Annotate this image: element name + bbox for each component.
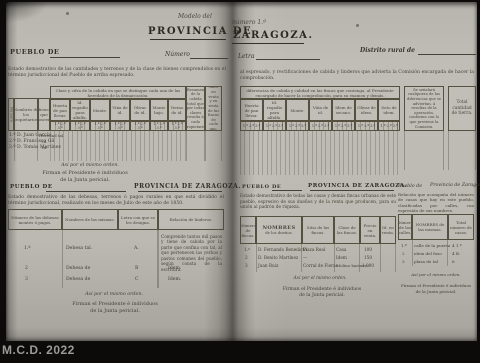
signature-line-1: Firman el Presidente é individuos xyxy=(397,283,475,289)
left-resumen-header: Resumen de la cabida total que por todas… xyxy=(186,86,205,131)
venta-value: 150 xyxy=(364,255,372,260)
dehesa-desc: Idem. xyxy=(168,277,181,282)
urban-col-renta: Id. en renta. xyxy=(380,216,396,244)
signature-line-1: Firman el Presidente é individuos xyxy=(20,170,150,177)
distrito-label: Distrito rural de xyxy=(360,47,415,54)
right-group-header: Huerta de pan llevar. xyxy=(240,99,263,121)
signature-line-2: de la Junta pericial. xyxy=(55,308,175,315)
left-group-header: Monte bajo. xyxy=(150,99,168,121)
table-row: 2.º D. Francisco Gil xyxy=(9,139,54,144)
dehesa-name: Dehesa tal. xyxy=(66,246,92,251)
model-number: número 1.º xyxy=(232,19,266,26)
lower-left-col-header: Relación de linderos. xyxy=(158,209,224,230)
site-value: — xyxy=(303,255,307,260)
street-total: 4 1.º xyxy=(452,243,462,248)
left-subcell-row: 1.ª 2.ª 3.ª xyxy=(70,121,90,131)
right-subcell-row: 1.ª 2.ª 3.ª xyxy=(240,121,263,131)
owners-header-small: de los dueños. xyxy=(265,231,293,236)
letra-blank-line xyxy=(256,59,320,60)
right-subcell-row: 1.ª 2.ª 3.ª xyxy=(309,121,332,131)
left-intro-paragraph: Estado demostrativo de las cantidades y … xyxy=(8,67,226,79)
street-name: calle de la puerta xyxy=(414,243,450,248)
left-table-owners-header: Nombres de los propietarios. xyxy=(14,98,38,131)
owner-name: D. Francisco Gil xyxy=(17,139,54,144)
street-total: 6 xyxy=(452,259,455,264)
dehesa-name: Dehesa de xyxy=(66,266,90,271)
province-title-right: ZARAGOZA. xyxy=(233,30,313,41)
lower-left-pueblo-line xyxy=(46,191,126,192)
pueblo-blank-line xyxy=(50,57,120,58)
right-subcell-row: 1.ª 2.ª 3.ª xyxy=(378,121,400,131)
signature-note: Firman el Presidente é individuos de la … xyxy=(20,170,150,184)
left-group-header: Viña de id. xyxy=(110,99,130,121)
right-notes-header: Se señalará cualquiera de las diferencia… xyxy=(404,86,444,131)
left-table-body-grid xyxy=(50,131,186,161)
urban-col-venta: Precio en venta. xyxy=(360,216,380,244)
left-subcell-row: 1.ª 2.ª 3.ª xyxy=(150,121,168,131)
right-group-header: Idem de secano. xyxy=(332,99,355,121)
site-value: Plaza Real xyxy=(303,247,325,252)
owner-name: Juan Ruiz xyxy=(258,263,278,268)
row-num: 3 xyxy=(245,263,248,268)
distrito-blank-line xyxy=(418,54,476,55)
right-subcell-row: 1.ª 2.ª 3.ª xyxy=(332,121,355,131)
lower-right-intro: Estado demostrativo de todas las casas y… xyxy=(240,194,396,211)
urban-col-site: Sitio de las fincas. xyxy=(302,216,334,244)
right-subcell-row: 1.ª 2.ª 3.ª xyxy=(355,121,378,131)
lower-right-pueblo-line xyxy=(272,190,302,191)
clase-value: Casa xyxy=(336,247,346,252)
bienes-value: Id. xyxy=(42,145,47,150)
left-table-span-header: Clase y cifra de la cabida en que se dis… xyxy=(50,86,186,99)
model-label: Modelo del xyxy=(178,13,212,20)
left-group-header: Olivar de id. xyxy=(130,99,150,121)
left-group-header: Huerta de pan llevar. xyxy=(50,99,70,121)
row-num: 1.º xyxy=(24,246,31,251)
row-num: 3 xyxy=(402,259,405,264)
row-num: 1.º xyxy=(244,247,250,252)
title-underline-left xyxy=(150,39,226,40)
signature-line-2: de la Junta pericial. xyxy=(262,293,382,299)
left-group-header: Id. regadío para alfalfa. xyxy=(70,99,90,121)
signature-line-2: de la Junta pericial. xyxy=(20,177,150,184)
ink-speck xyxy=(356,24,359,27)
lower-left-pueblo-label: PUEBLO DE xyxy=(10,184,53,190)
order-note: Así por el mismo orden. xyxy=(58,292,170,297)
signature-note: Firman el Presidente é individuos de la … xyxy=(397,283,475,294)
dehesa-letra: A. xyxy=(134,246,139,251)
row-num: 1.º xyxy=(9,133,16,138)
street-col-names: NOMBRES de las mismas. xyxy=(412,214,448,240)
right-group-header: Id. regadío para alfalfa. xyxy=(263,99,286,121)
letra-label: Letra xyxy=(238,53,254,60)
row-num: 2.º xyxy=(9,139,16,144)
right-group-header: Olivar de idem. xyxy=(355,99,378,121)
right-intro-paragraph: al espresado, y rectificaciones de cabid… xyxy=(240,70,474,82)
urban-col-clase: Clase de las fincas. xyxy=(334,216,360,244)
row-num: 3.º xyxy=(9,145,16,150)
bienes-value: Heredad tal. xyxy=(39,133,64,138)
urban-col-rules-c xyxy=(380,244,396,272)
left-table-bienes-header: Bienes que poseen. xyxy=(38,98,50,131)
dehesa-desc: Idem. xyxy=(168,266,181,271)
ink-speck xyxy=(66,12,69,15)
left-group-header: Monte. xyxy=(90,99,110,121)
lower-left-col-header: Letra con que se les designa. xyxy=(118,209,158,230)
street-total: 4 B. xyxy=(452,251,460,256)
left-valor-header: Valor en venta y en renta de las fincas … xyxy=(205,86,222,131)
right-total-header: Total cantidad de tierra. xyxy=(448,86,476,131)
right-group-header: Soto de idem. xyxy=(378,99,400,121)
right-subcell-row: 1.ª 2.ª 3.ª xyxy=(263,121,286,131)
right-group-header: Monte. xyxy=(286,99,309,121)
street-form-province-label: Provincia de Zaragoza. xyxy=(430,183,480,188)
street-col-num: Número de las calles. xyxy=(398,214,412,240)
rotated-number-label: Número xyxy=(9,107,13,122)
left-valor-body xyxy=(205,131,222,161)
row-num: 2 xyxy=(25,266,28,271)
order-note: Así por el mismo orden. xyxy=(400,272,472,277)
owner-name: D. Benito Martínez xyxy=(258,255,298,260)
order-note: Así por el mismo orden. xyxy=(30,163,150,168)
lower-right-province-line xyxy=(310,190,394,191)
street-name: idem del foso xyxy=(414,251,442,256)
scanned-book-photo: Modelo del número 1.º PROVINCIA DE ZARAG… xyxy=(0,0,480,363)
left-subcell-row: 1.ª 2.ª 3.ª xyxy=(110,121,130,131)
street-col-total: Total número de casas. xyxy=(448,214,474,240)
left-subcell-row: 1.ª 2.ª 3.ª xyxy=(50,121,70,131)
signature-line-1: Firman el Presidente é individuos xyxy=(55,301,175,308)
order-note: Así por el mismo orden. xyxy=(268,276,372,281)
left-resumen-body xyxy=(186,131,205,161)
table-row: 3.º D. Tomás Martínez xyxy=(9,145,61,150)
left-group-header: Yermo de id. xyxy=(168,99,186,121)
left-subcell-row: 1.ª 2.ª 3.ª xyxy=(130,121,150,131)
owner-name: D. Tomás Martínez xyxy=(17,145,61,150)
row-num: 1.º xyxy=(401,243,407,248)
signature-note: Firman el Presidente é individuos de la … xyxy=(262,287,382,299)
right-table-body-grid xyxy=(240,131,400,175)
row-num: 3 xyxy=(25,277,28,282)
owner-name: D. Fernando Benedicto xyxy=(258,247,307,252)
venta-value: 1,000 xyxy=(362,263,374,268)
street-form-pueblo-label: Pueblo de xyxy=(398,184,422,189)
lower-left-intro: Estado demostrativo de las dehesas, terr… xyxy=(8,195,224,207)
clase-value: Idem xyxy=(336,255,347,260)
site-value: Corral de Fieras xyxy=(303,263,338,268)
venta-value: 100 xyxy=(364,247,372,252)
left-subcell-row: 1.ª 2.ª 3.ª xyxy=(168,121,186,131)
urban-col-owners: NOMBRES de los dueños. xyxy=(256,216,302,244)
watermark-text: M.C.D. 2022 xyxy=(2,343,75,357)
lower-left-col-header: Nombres de las mismas. xyxy=(62,209,118,230)
signature-note: Firman el Presidente é individuos de la … xyxy=(55,301,175,315)
dehesa-name: Dehesa de xyxy=(66,277,90,282)
dehesa-letra: C xyxy=(135,277,139,282)
right-group-header: Viña de id. xyxy=(309,99,332,121)
lower-left-col-header: Número de las dehesas montes ó pagos. xyxy=(8,209,62,230)
pueblo-label: PUEBLO DE xyxy=(10,48,60,56)
left-subcell-row: 1.ª 2.ª 3.ª xyxy=(90,121,110,131)
row-num: 2 xyxy=(402,251,405,256)
street-form-intro: Relación que acompaña del número de casa… xyxy=(398,192,474,213)
dehesa-letra: B xyxy=(135,266,138,271)
right-subcell-row: 1.ª 2.ª 3.ª xyxy=(286,121,309,131)
row-num: 2 xyxy=(245,255,248,260)
bienes-value: Id. xyxy=(42,139,47,144)
right-notes-body xyxy=(404,131,444,170)
title-underline-right xyxy=(232,43,304,44)
urban-col-num: Número de fincas. xyxy=(240,216,256,244)
lower-right-province-label: PROVINCIA DE ZARAGOZA. xyxy=(308,183,407,189)
right-table-span-header: diferencias de cabida y calidad en las f… xyxy=(240,86,400,99)
numero-blank-line xyxy=(190,58,228,59)
street-name: plaza de tal xyxy=(414,259,438,264)
signature-line-2: de la Junta pericial. xyxy=(397,289,475,295)
numero-label: Número xyxy=(165,51,190,58)
lower-left-province-line xyxy=(138,191,222,192)
right-total-body xyxy=(448,131,476,170)
lower-left-province-label: PROVINCIA DE ZARAGOZA. xyxy=(134,183,241,190)
